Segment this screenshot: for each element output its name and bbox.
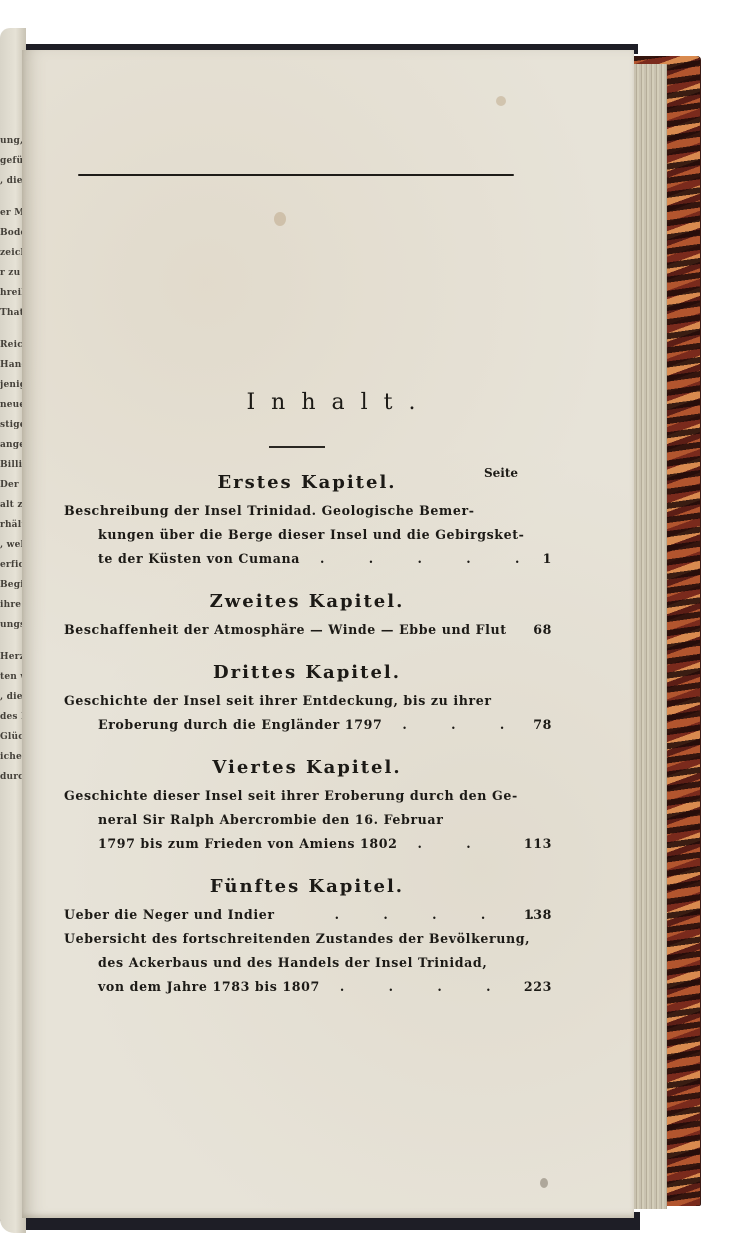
toc-entry-line: Beschaffenheit der Atmosphäre — Winde — … — [64, 618, 530, 642]
title-rule — [269, 446, 325, 448]
toc-entry: Geschichte der Insel seit ihrer Entdecku… — [64, 689, 530, 737]
dot-leader: . . . . — [340, 979, 511, 994]
chapter-heading: Viertes Kapitel. — [64, 757, 530, 778]
page-number: 78 — [533, 713, 552, 737]
toc-entry-line: Ueber die Neger und Indier — [64, 907, 275, 922]
page-title: Inhalt. — [22, 390, 634, 415]
dot-leader: . . . . . — [320, 551, 539, 566]
toc-entry-line: des Ackerbaus und des Handels der Insel … — [64, 951, 530, 975]
header-rule — [78, 174, 514, 176]
toc-entry: Geschichte dieser Insel seit ihrer Erobe… — [64, 784, 530, 856]
page-number: 138 — [524, 903, 552, 927]
toc-entry-line: neral Sir Ralph Abercrombie den 16. Febr… — [64, 808, 530, 832]
page-number: 223 — [524, 975, 552, 999]
foxing-spot — [496, 96, 506, 106]
toc-entry-line: kungen über die Berge dieser Insel und d… — [64, 523, 530, 547]
toc-entry-line: Eroberung durch die Engländer 1797 — [98, 717, 382, 732]
chapter-heading: Zweites Kapitel. — [64, 591, 530, 612]
page-number: 68 — [533, 618, 552, 642]
toc-entry: Uebersicht des fortschreitenden Zustande… — [64, 927, 530, 999]
toc-entry-line: Geschichte dieser Insel seit ihrer Erobe… — [64, 784, 530, 808]
dot-leader: . . — [417, 836, 490, 851]
toc-entry: Beschaffenheit der Atmosphäre — Winde — … — [64, 618, 530, 642]
right-page: Inhalt. Seite Erstes Kapitel. Beschreibu… — [22, 50, 634, 1218]
toc-entry-line: Geschichte der Insel seit ihrer Entdecku… — [64, 689, 530, 713]
page-number: 113 — [524, 832, 552, 856]
page-number: 1 — [543, 547, 552, 571]
table-of-contents: Erstes Kapitel. Beschreibung der Insel T… — [64, 472, 530, 999]
toc-entry-line: von dem Jahre 1783 bis 1807 — [98, 979, 320, 994]
toc-entry-line: Beschreibung der Insel Trinidad. Geologi… — [64, 499, 530, 523]
toc-entry: Beschreibung der Insel Trinidad. Geologi… — [64, 499, 530, 571]
dot-leader: . . . — [402, 717, 524, 732]
toc-entry-line: 1797 bis zum Frieden von Amiens 1802 — [98, 836, 397, 851]
chapter-heading: Fünftes Kapitel. — [64, 876, 530, 897]
foxing-spot — [274, 212, 286, 226]
paper-flaw — [540, 1178, 548, 1188]
dot-leader: . . . . . — [335, 907, 554, 922]
chapter-heading: Drittes Kapitel. — [64, 662, 530, 683]
chapter-heading: Erstes Kapitel. — [64, 472, 530, 493]
toc-entry-line: te der Küsten von Cumana — [98, 551, 300, 566]
toc-entry-line: Uebersicht des fortschreitenden Zustande… — [64, 927, 530, 951]
toc-entry: Ueber die Neger und Indier. . . . . 138 — [64, 903, 530, 927]
